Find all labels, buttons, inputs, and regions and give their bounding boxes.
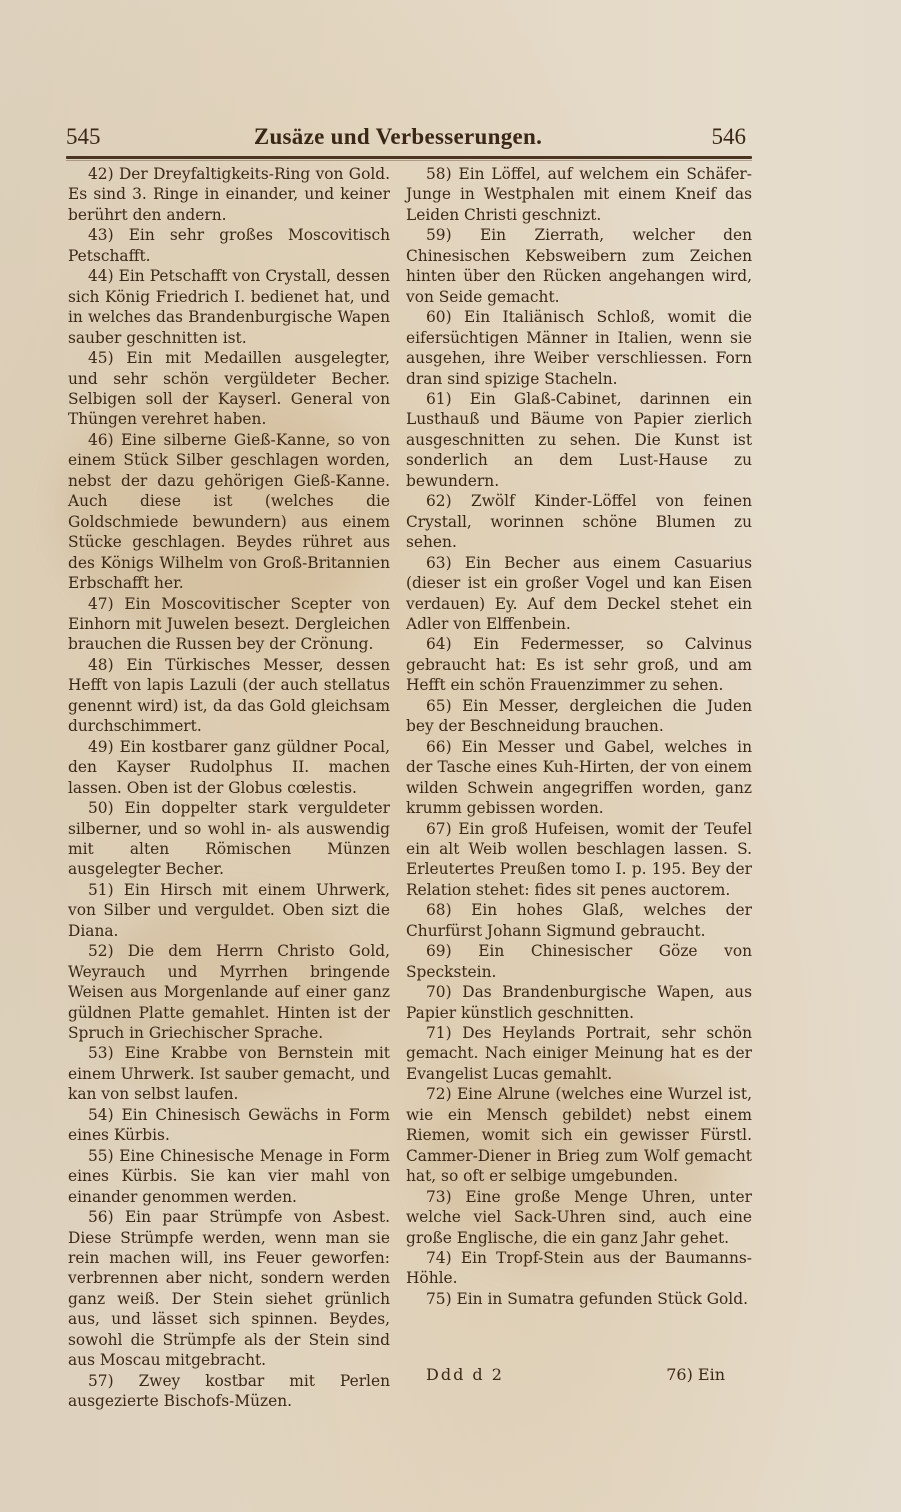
entry-number: 73) [426,1188,452,1206]
header-rule-thin [66,160,752,161]
entry-65: 65) Ein Messer, dergleichen die Juden be… [406,696,752,737]
entry-57: 57) Zwey kostbar mit Perlen ausgezierte … [68,1371,390,1412]
entry-56: 56) Ein paar Strümpfe von Asbest. Diese … [68,1207,390,1371]
entry-54: 54) Ein Chinesisch Gewächs in Form eines… [68,1105,390,1146]
entry-text: Ein sehr großes Moscovitisch Petschafft. [68,226,390,264]
entry-number: 70) [426,983,452,1001]
right-column: 58) Ein Löffel, auf welchem ein Schäfer-… [406,164,752,1309]
page-number-right: 546 [712,124,747,150]
entry-text: Ein Chinesisch Gewächs in Form eines Kür… [68,1106,390,1144]
entry-46: 46) Eine silberne Gieß-Kanne, so von ein… [68,430,390,594]
entry-69: 69) Ein Chinesischer Göze von Speckstein… [406,941,752,982]
entry-text: Eine silberne Gieß-Kanne, so von einem S… [68,431,390,592]
entry-text: Zwölf Kinder-Löffel von feinen Crystall,… [406,492,752,551]
entry-text: Ein Petschafft von Crystall, dessen sich… [68,267,390,346]
entry-number: 57) [88,1372,114,1390]
entry-text: Ein Messer, dergleichen die Juden bey de… [406,697,752,735]
entry-text: Ein Löffel, auf welchem ein Schäfer-Jung… [406,165,752,224]
entry-number: 46) [88,431,114,449]
entry-number: 66) [426,738,452,756]
entry-text: Die dem Herrn Christo Gold, Weyrauch und… [68,942,390,1042]
entry-number: 59) [426,226,452,244]
entry-47: 47) Ein Moscovitischer Scepter von Einho… [68,594,390,655]
entry-number: 54) [88,1106,114,1124]
entry-text: Ein Türkisches Messer, dessen Hefft von … [68,656,390,735]
entry-61: 61) Ein Glaß-Cabinet, darinnen ein Lusth… [406,389,752,491]
entry-number: 51) [88,881,114,899]
entry-number: 47) [88,595,114,613]
entry-58: 58) Ein Löffel, auf welchem ein Schäfer-… [406,164,752,225]
entry-49: 49) Ein kostbarer ganz güldner Pocal, de… [68,737,390,798]
entry-72: 72) Eine Alrune (welches eine Wurzel ist… [406,1084,752,1186]
entry-number: 62) [426,492,452,510]
entry-text: Ein Glaß-Cabinet, darinnen ein Lusthauß … [406,390,752,490]
entry-number: 68) [426,901,452,919]
entry-63: 63) Ein Becher aus einem Casuarius (dies… [406,553,752,635]
entry-text: Ein Becher aus einem Casuarius (dieser i… [406,554,752,633]
entry-text: Eine Chinesische Menage in Form eines Kü… [68,1147,390,1206]
entry-text: Der Dreyfaltigkeits-Ring von Gold. Es si… [68,165,390,224]
signature-mark: Ddd d 2 [426,1365,504,1384]
entry-text: Eine große Menge Uhren, unter welche vie… [406,1188,752,1247]
book-page: 545 Zusäze und Verbesserungen. 546 42) D… [0,0,901,1512]
entry-number: 60) [426,308,452,326]
entry-number: 71) [426,1024,452,1042]
entry-74: 74) Ein Tropf-Stein aus der Baumanns-Höh… [406,1248,752,1289]
entry-text: Ein in Sumatra gefunden Stück Gold. [457,1290,748,1308]
entry-number: 58) [426,165,452,183]
entry-text: Ein mit Medaillen ausgelegter, und sehr … [68,349,390,428]
entry-text: Ein doppelter stark verguldeter silberne… [68,799,390,878]
entry-number: 72) [426,1085,452,1103]
entry-44: 44) Ein Petschafft von Crystall, dessen … [68,266,390,348]
entry-66: 66) Ein Messer und Gabel, welches in der… [406,737,752,819]
entry-59: 59) Ein Zierrath, welcher den Chinesisch… [406,225,752,307]
entry-text: Eine Alrune (welches eine Wurzel ist, wi… [406,1085,752,1185]
entry-51: 51) Ein Hirsch mit einem Uhrwerk, von Si… [68,880,390,941]
left-column: 42) Der Dreyfaltigkeits-Ring von Gold. E… [68,164,390,1412]
entry-50: 50) Ein doppelter stark verguldeter silb… [68,798,390,880]
entry-number: 67) [426,820,452,838]
entry-number: 42) [88,165,114,183]
entry-number: 53) [88,1044,114,1062]
entry-number: 50) [88,799,114,817]
entry-text: Des Heylands Portrait, sehr schön gemach… [406,1024,752,1083]
entry-number: 44) [88,267,114,285]
entry-text: Eine Krabbe von Bernstein mit einem Uhrw… [68,1044,390,1103]
page-footer: Ddd d 2 76) Ein [420,1365,725,1387]
entry-number: 74) [426,1249,452,1267]
entry-text: Ein Chinesischer Göze von Speckstein. [406,942,752,980]
catchword: 76) Ein [666,1365,725,1384]
entry-text: Ein Tropf-Stein aus der Baumanns-Höhle. [406,1249,752,1287]
entry-text: Zwey kostbar mit Perlen ausgezierte Bisc… [68,1372,390,1410]
header-rule [66,156,752,159]
entry-text: Ein paar Strümpfe von Asbest. Diese Strü… [68,1208,390,1369]
entry-68: 68) Ein hohes Glaß, welches der Churfürs… [406,900,752,941]
entry-text: Das Brandenburgische Wapen, aus Papier k… [406,983,752,1021]
entry-73: 73) Eine große Menge Uhren, unter welche… [406,1187,752,1248]
entry-text: Ein Moscovitischer Scepter von Einhorn m… [68,595,390,654]
entry-number: 69) [426,942,452,960]
entry-text: Ein Hirsch mit einem Uhrwerk, von Silber… [68,881,390,940]
entry-number: 56) [88,1208,114,1226]
entry-number: 55) [88,1147,114,1165]
entry-text: Ein groß Hufeisen, womit der Teufel ein … [406,820,752,899]
entry-60: 60) Ein Italiänisch Schloß, womit die ei… [406,307,752,389]
entry-43: 43) Ein sehr großes Moscovitisch Petscha… [68,225,390,266]
entry-text: Ein kostbarer ganz güldner Pocal, den Ka… [68,738,390,797]
entry-71: 71) Des Heylands Portrait, sehr schön ge… [406,1023,752,1084]
entry-number: 49) [88,738,114,756]
entry-48: 48) Ein Türkisches Messer, dessen Hefft … [68,655,390,737]
entry-number: 45) [88,349,114,367]
entry-64: 64) Ein Federmesser, so Calvinus gebrauc… [406,634,752,695]
entry-number: 43) [88,226,114,244]
entry-70: 70) Das Brandenburgische Wapen, aus Papi… [406,982,752,1023]
entry-text: Ein Italiänisch Schloß, womit die eifers… [406,308,752,387]
entry-number: 48) [88,656,114,674]
running-title: Zusäze und Verbesserungen. [64,124,732,150]
entry-62: 62) Zwölf Kinder-Löffel von feinen Cryst… [406,491,752,552]
entry-55: 55) Eine Chinesische Menage in Form eine… [68,1146,390,1207]
entry-45: 45) Ein mit Medaillen ausgelegter, und s… [68,348,390,430]
entry-67: 67) Ein groß Hufeisen, womit der Teufel … [406,819,752,901]
entry-text: Ein Messer und Gabel, welches in der Tas… [406,738,752,817]
entry-75: 75) Ein in Sumatra gefunden Stück Gold. [406,1289,752,1309]
entry-42: 42) Der Dreyfaltigkeits-Ring von Gold. E… [68,164,390,225]
entry-number: 64) [426,635,452,653]
entry-number: 52) [88,942,114,960]
entry-number: 65) [426,697,452,715]
entry-text: Ein Federmesser, so Calvinus gebraucht h… [406,635,752,694]
entry-53: 53) Eine Krabbe von Bernstein mit einem … [68,1043,390,1104]
entry-number: 63) [426,554,452,572]
entry-number: 75) [426,1290,452,1308]
entry-text: Ein Zierrath, welcher den Chinesischen K… [406,226,752,305]
entry-number: 61) [426,390,452,408]
page-header: 545 Zusäze und Verbesserungen. 546 [64,122,732,156]
entry-text: Ein hohes Glaß, welches der Churfürst Jo… [406,901,752,939]
entry-52: 52) Die dem Herrn Christo Gold, Weyrauch… [68,941,390,1043]
